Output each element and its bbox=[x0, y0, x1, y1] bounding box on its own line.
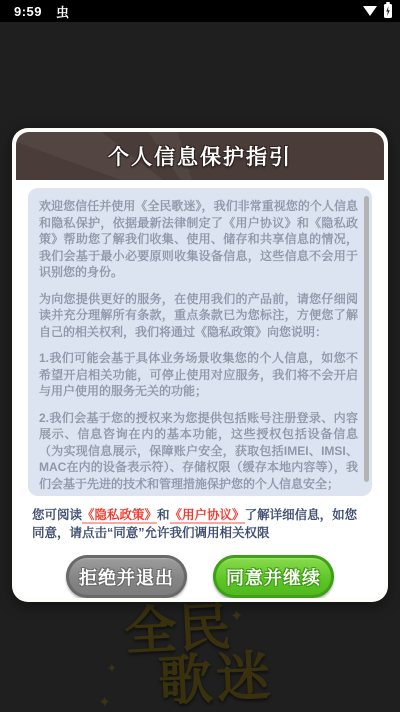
status-bar: 9:59 虫 bbox=[0, 0, 400, 22]
dialog-body: 欢迎您信任并使用《全民歌迷》，我们非常重视您的个人信息和隐私保护，依据最新法律制… bbox=[16, 180, 384, 598]
policy-paragraph: 为向您提供更好的服务，在使用我们的产品前，请您仔细阅读并充分理解所有条款，重点条… bbox=[39, 291, 358, 341]
notice-text: 和 bbox=[157, 508, 170, 522]
privacy-dialog-inner: 个人信息保护指引 欢迎您信任并使用《全民歌迷》，我们非常重视您的个人信息和隐私保… bbox=[16, 132, 384, 598]
policy-paragraph: 2.我们会基于您的授权来为您提供包括账号注册登录、内容展示、信息咨询在内的基本功… bbox=[39, 410, 358, 493]
reject-and-exit-button[interactable]: 拒绝并退出 bbox=[66, 555, 187, 598]
sparkle-icon: ✦ bbox=[229, 606, 243, 627]
policy-paragraph: 1.我们可能会基于具体业务场景收集您的个人信息，如您不希望开启相关功能，可停止使… bbox=[39, 350, 358, 400]
app-logo-watermark: 全民 歌迷 ✦ ✦ ✦ bbox=[0, 594, 400, 712]
agree-and-continue-button[interactable]: 同意并继续 bbox=[213, 555, 334, 598]
app-logo-line2: 歌迷 bbox=[30, 644, 400, 712]
app-logo-line1: 全民 bbox=[0, 594, 400, 667]
policy-paragraph: 欢迎您信任并使用《全民歌迷》，我们非常重视您的个人信息和隐私保护，依据最新法律制… bbox=[39, 198, 358, 281]
user-agreement-link[interactable]: 《用户协议》 bbox=[170, 508, 245, 524]
button-row: 拒绝并退出 同意并继续 bbox=[28, 555, 372, 598]
scrollbar-thumb[interactable] bbox=[364, 196, 369, 482]
notification-icon: 虫 bbox=[56, 2, 69, 21]
status-icons bbox=[363, 0, 392, 22]
sparkle-icon: ✦ bbox=[106, 660, 118, 677]
sparkle-icon: ✦ bbox=[98, 693, 112, 712]
bolt-icon bbox=[386, 6, 391, 16]
policy-scroll-area[interactable]: 欢迎您信任并使用《全民歌迷》，我们非常重视您的个人信息和隐私保护，依据最新法律制… bbox=[28, 188, 372, 496]
privacy-dialog: 个人信息保护指引 欢迎您信任并使用《全民歌迷》，我们非常重视您的个人信息和隐私保… bbox=[12, 128, 388, 602]
dialog-title: 个人信息保护指引 bbox=[108, 141, 292, 171]
dialog-header: 个人信息保护指引 bbox=[16, 132, 384, 180]
battery-charging-icon bbox=[384, 4, 392, 18]
consent-notice: 您可阅读《隐私政策》和《用户协议》了解详细信息，如您同意，请点击“同意”允许我们… bbox=[32, 506, 368, 542]
clock: 9:59 bbox=[14, 4, 42, 19]
notice-text: 您可阅读 bbox=[32, 508, 82, 522]
wifi-icon bbox=[363, 6, 377, 16]
privacy-policy-link[interactable]: 《隐私政策》 bbox=[82, 508, 157, 524]
